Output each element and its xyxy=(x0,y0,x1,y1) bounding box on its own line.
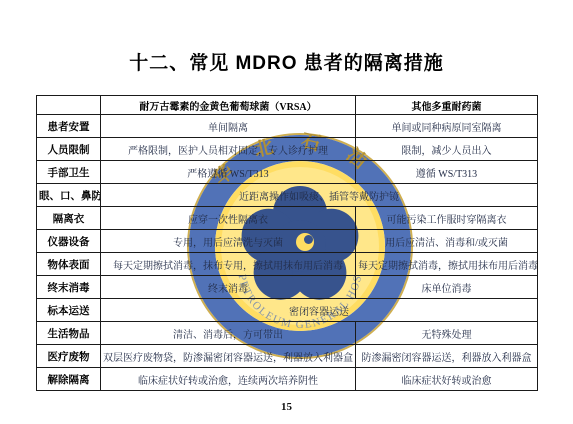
table-row: 人员限制 严格限制，医护人员相对固定，专人诊疗护理 限制，减少人员出入 xyxy=(37,138,538,161)
cell-other: 每天定期擦拭消毒，擦拭用抹布用后消毒 xyxy=(356,253,538,276)
table-header-row: 耐万古霉素的金黄色葡萄球菌（VRSA） 其他多重耐药菌 xyxy=(37,96,538,115)
row-header: 隔离衣 xyxy=(37,207,101,230)
isolation-measures-table: 耐万古霉素的金黄色葡萄球菌（VRSA） 其他多重耐药菌 患者安置 单间隔离 单间… xyxy=(36,95,538,391)
cell-span: 近距离操作如吸痰、插管等戴防护镜 xyxy=(101,184,538,207)
table-row: 手部卫生 严格遵循 WS/T313 遵循 WS/T313 xyxy=(37,161,538,184)
row-header: 人员限制 xyxy=(37,138,101,161)
table-row: 仪器设备 专用，用后应清洗与灭菌 用后应清洁、消毒和/或灭菌 xyxy=(37,230,538,253)
row-header: 医疗废物 xyxy=(37,345,101,368)
document-page: 华北石油 PETROLEUM GENERAL HOS 十二、常见 MDRO 患者… xyxy=(0,0,573,424)
cell-vrsa: 每天定期擦拭消毒，抹布专用，擦拭用抹布用后消毒 xyxy=(101,253,356,276)
cell-vrsa: 单间隔离 xyxy=(101,115,356,138)
cell-vrsa: 应穿一次性隔离衣 xyxy=(101,207,356,230)
cell-vrsa: 专用，用后应清洗与灭菌 xyxy=(101,230,356,253)
cell-vrsa: 清洁、消毒后，方可带出 xyxy=(101,322,356,345)
table-row: 隔离衣 应穿一次性隔离衣 可能污染工作服时穿隔离衣 xyxy=(37,207,538,230)
cell-other: 临床症状好转或治愈 xyxy=(356,368,538,391)
row-header: 仪器设备 xyxy=(37,230,101,253)
row-header: 手部卫生 xyxy=(37,161,101,184)
cell-other: 限制，减少人员出入 xyxy=(356,138,538,161)
cell-other: 可能污染工作服时穿隔离衣 xyxy=(356,207,538,230)
cell-vrsa: 严格遵循 WS/T313 xyxy=(101,161,356,184)
row-header: 标本运送 xyxy=(37,299,101,322)
table-row: 终末消毒 终末消毒 床单位消毒 xyxy=(37,276,538,299)
row-header: 眼、口、鼻防护 xyxy=(37,184,101,207)
row-header: 患者安置 xyxy=(37,115,101,138)
row-header: 终末消毒 xyxy=(37,276,101,299)
cell-span: 密闭容器运送 xyxy=(101,299,538,322)
header-vrsa: 耐万古霉素的金黄色葡萄球菌（VRSA） xyxy=(101,96,356,115)
header-empty-cell xyxy=(37,96,101,115)
cell-other: 防渗漏密闭容器运送，利器放入利器盒 xyxy=(356,345,538,368)
table-row: 生活物品 清洁、消毒后，方可带出 无特殊处理 xyxy=(37,322,538,345)
row-header: 解除隔离 xyxy=(37,368,101,391)
cell-vrsa: 临床症状好转或治愈，连续两次培养阴性 xyxy=(101,368,356,391)
table-row: 标本运送 密闭容器运送 xyxy=(37,299,538,322)
page-number: 15 xyxy=(0,401,573,413)
cell-other: 床单位消毒 xyxy=(356,276,538,299)
cell-other: 用后应清洁、消毒和/或灭菌 xyxy=(356,230,538,253)
page-title: 十二、常见 MDRO 患者的隔离措施 xyxy=(0,48,573,75)
row-header: 物体表面 xyxy=(37,253,101,276)
cell-other: 遵循 WS/T313 xyxy=(356,161,538,184)
cell-other: 无特殊处理 xyxy=(356,322,538,345)
cell-vrsa: 严格限制，医护人员相对固定，专人诊疗护理 xyxy=(101,138,356,161)
cell-other: 单间或同种病原同室隔离 xyxy=(356,115,538,138)
table-row: 物体表面 每天定期擦拭消毒，抹布专用，擦拭用抹布用后消毒 每天定期擦拭消毒，擦拭… xyxy=(37,253,538,276)
header-other-mdro: 其他多重耐药菌 xyxy=(356,96,538,115)
table-row: 眼、口、鼻防护 近距离操作如吸痰、插管等戴防护镜 xyxy=(37,184,538,207)
row-header: 生活物品 xyxy=(37,322,101,345)
cell-vrsa: 双层医疗废物袋，防渗漏密闭容器运送，利器放入利器盒 xyxy=(101,345,356,368)
table-row: 医疗废物 双层医疗废物袋，防渗漏密闭容器运送，利器放入利器盒 防渗漏密闭容器运送… xyxy=(37,345,538,368)
cell-vrsa: 终末消毒 xyxy=(101,276,356,299)
table-row: 患者安置 单间隔离 单间或同种病原同室隔离 xyxy=(37,115,538,138)
table-row: 解除隔离 临床症状好转或治愈，连续两次培养阴性 临床症状好转或治愈 xyxy=(37,368,538,391)
